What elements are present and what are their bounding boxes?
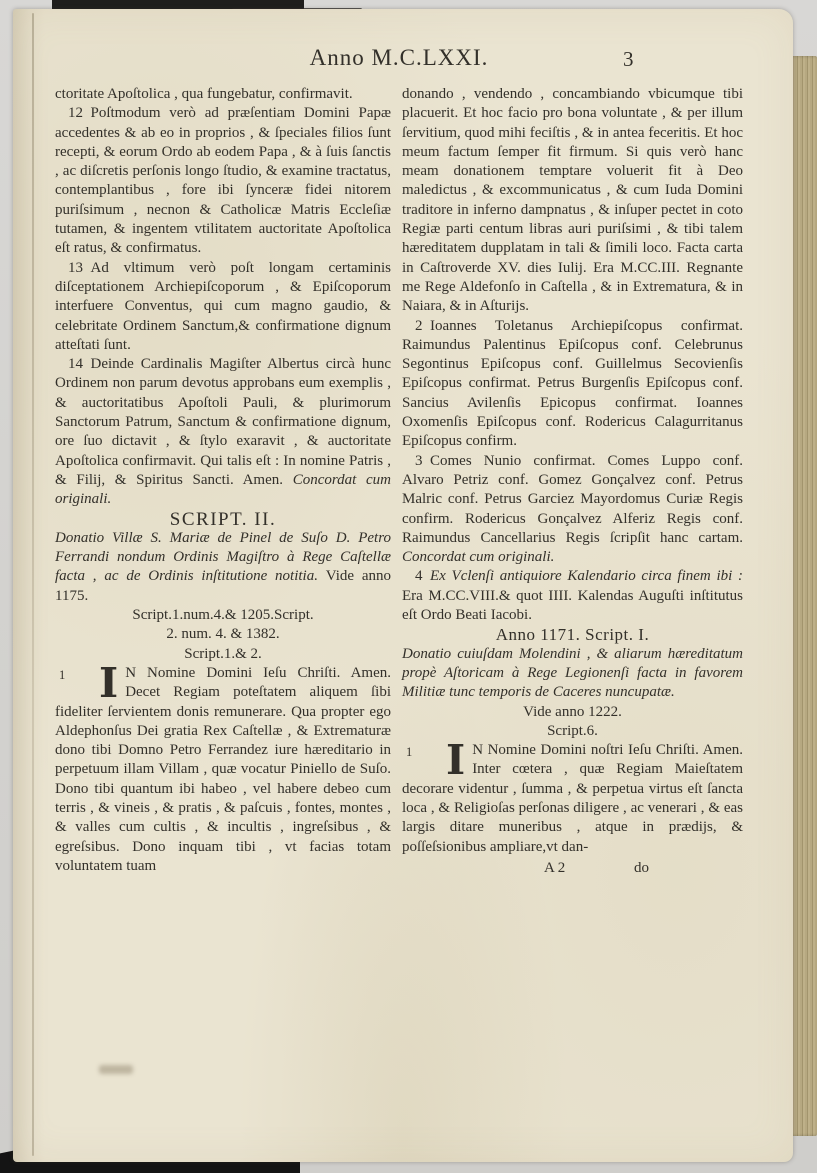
paragraph-14: 14 Deinde Cardinalis Magiſter Albertus c…	[55, 355, 391, 509]
paragraph-3-confirmations: 3 Comes Nunio confirmat. Comes Luppo con…	[402, 452, 743, 568]
paragraph-4-roman: Era M.CC.VIII.& quot IIII. Kalendas Augu…	[402, 588, 743, 623]
running-header-title: Anno M.C.LXXI.	[55, 45, 743, 71]
paragraph-13: 13 Ad vltimum verò poſt longam certamini…	[55, 259, 391, 355]
paragraph-continuation: ctoritate Apoſtolica , qua fungebatur, c…	[55, 85, 391, 104]
charter-text-left: 1IN Nomine Domini Ieſu Chriſti. Amen. De…	[55, 664, 391, 876]
paragraph-4-italic: Ex Vclenſi antiquiore Kalendario circa f…	[430, 568, 743, 584]
paragraph-12: 12 Poſtmodum verò ad præſentiam Domini P…	[55, 104, 391, 258]
paragraph-donando: donando , vendendo , concambiando vbicum…	[402, 85, 743, 317]
paragraph-2-confirmations: 2 Ioannes Toletanus Archiepiſcopus confi…	[402, 317, 743, 452]
catchword: do	[634, 859, 649, 878]
book-fore-edge	[790, 56, 817, 1136]
signature-row: A 2 do	[402, 859, 743, 881]
two-column-layout: ctoritate Apoſtolica , qua fungebatur, c…	[55, 85, 743, 881]
binding-crease	[32, 13, 34, 1156]
column-left: ctoritate Apoſtolica , qua fungebatur, c…	[55, 85, 391, 881]
paragraph-4-kalendario: 4 Ex Vclenſi antiquiore Kalendario circa…	[402, 567, 743, 625]
bleed-through-mark	[99, 1065, 133, 1074]
binding-gutter	[13, 9, 47, 1162]
reference-line-1: Script.1.num.4.& 1205.Script.	[55, 606, 391, 625]
drop-cap-left: I	[99, 667, 118, 699]
paragraph-4-number: 4	[415, 568, 430, 584]
running-header: Anno M.C.LXXI. 3	[55, 45, 743, 79]
charter-number-left: 1	[59, 666, 65, 685]
book-scan: Anno M.C.LXXI. 3 ctoritate Apoſtolica , …	[0, 0, 817, 1173]
concordat-note-right: Concordat cum originali.	[402, 549, 554, 565]
vide-line-1: Vide anno 1222.	[402, 703, 743, 722]
scanned-page: Anno M.C.LXXI. 3 ctoritate Apoſtolica , …	[13, 9, 793, 1162]
section-heading-anno1171: Anno 1171. Script. I.	[402, 625, 743, 644]
paragraph-3-roman: 3 Comes Nunio confirmat. Comes Luppo con…	[402, 453, 743, 546]
signature-mark: A 2	[544, 859, 565, 878]
charter-text-right: 1IN Nomine Domini noſtri Ieſu Chriſti. A…	[402, 741, 743, 857]
drop-cap-right: I	[446, 744, 465, 776]
paragraph-14-roman: 14 Deinde Cardinalis Magiſter Albertus c…	[55, 356, 391, 488]
charter-number-right: 1	[406, 743, 412, 762]
column-right: donando , vendendo , concambiando vbicum…	[402, 85, 743, 881]
section-heading-script2: SCRIPT. II.	[55, 510, 391, 529]
text-block: Anno M.C.LXXI. 3 ctoritate Apoſtolica , …	[55, 45, 743, 881]
charter-argument-left: Donatio Villæ S. Mariæ de Pinel de Suſo …	[55, 529, 391, 606]
page-number: 3	[623, 47, 634, 72]
reference-line-2: 2. num. 4. & 1382.	[55, 625, 391, 644]
charter-argument-right: Donatio cuiuſdam Molendini , & aliarum h…	[402, 645, 743, 703]
